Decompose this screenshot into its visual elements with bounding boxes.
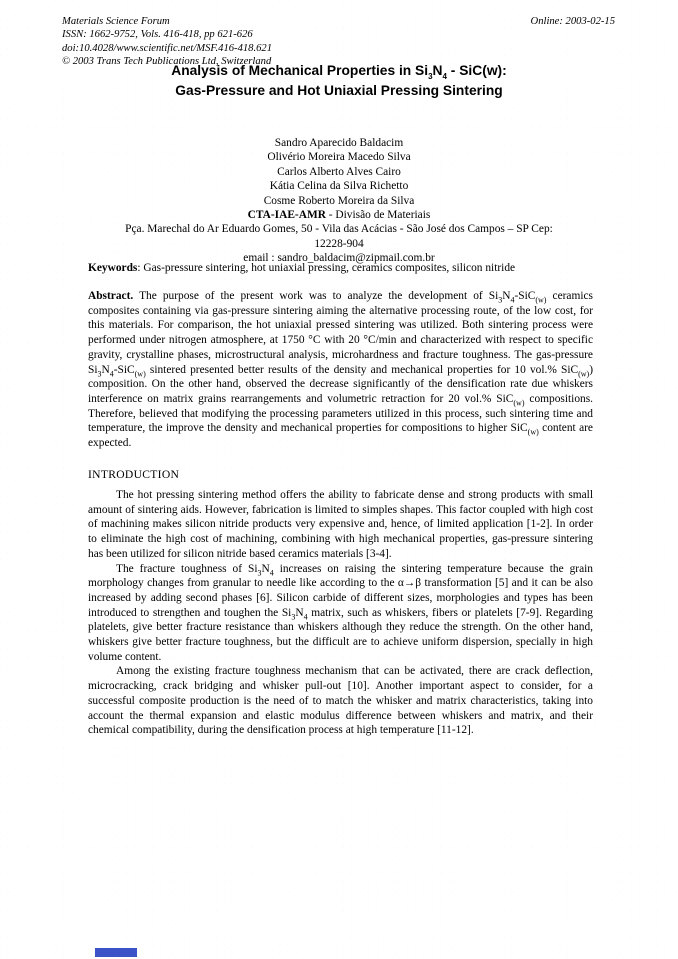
keywords-text: : Gas-pressure sintering, hot uniaxial p…	[137, 262, 515, 274]
affiliation-address-line1: Pça. Marechal do Ar Eduardo Gomes, 50 - …	[40, 222, 638, 236]
author-name: Olivério Moreira Macedo Silva	[40, 150, 638, 164]
paper-page: Materials Science Forum ISSN: 1662-9752,…	[0, 0, 678, 959]
abstract-text: The purpose of the present work was to a…	[88, 290, 593, 449]
affiliation-dept: - Divisão de Materiais	[326, 209, 430, 221]
author-name: Kátia Celina da Silva Richetto	[40, 179, 638, 193]
introduction-paragraph-3: Among the existing fracture toughness me…	[88, 664, 593, 738]
abstract-label: Abstract.	[88, 290, 133, 302]
keywords-label: Keywords	[88, 262, 137, 274]
author-name: Sandro Aparecido Baldacim	[40, 136, 638, 150]
introduction-paragraph-2: The fracture toughness of Si3N4 increase…	[88, 562, 593, 665]
affiliation-line: CTA-IAE-AMR - Divisão de Materiais	[40, 208, 638, 222]
author-block: Sandro Aparecido Baldacim Olivério Morei…	[40, 136, 638, 266]
introduction-body: The hot pressing sintering method offers…	[88, 488, 593, 738]
introduction-heading: INTRODUCTION	[88, 468, 179, 481]
keywords-line: Keywords: Gas-pressure sintering, hot un…	[88, 261, 593, 276]
footer-blue-mark	[95, 948, 137, 957]
author-name: Carlos Alberto Alves Cairo	[40, 165, 638, 179]
affiliation-org: CTA-IAE-AMR	[248, 209, 326, 221]
issn-line: ISSN: 1662-9752, Vols. 416-418, pp 621-6…	[62, 28, 615, 41]
abstract-paragraph: Abstract. The purpose of the present wor…	[88, 289, 593, 451]
paper-title: Analysis of Mechanical Properties in Si3…	[0, 61, 678, 101]
online-date: Online: 2003-02-15	[531, 15, 615, 28]
affiliation-address-line2: 12228-904	[40, 237, 638, 251]
introduction-paragraph-1: The hot pressing sintering method offers…	[88, 488, 593, 562]
paper-title-line2: Gas-Pressure and Hot Uniaxial Pressing S…	[0, 81, 678, 101]
doi-line: doi:10.4028/www.scientific.net/MSF.416-4…	[62, 42, 615, 55]
paper-title-line1: Analysis of Mechanical Properties in Si3…	[0, 61, 678, 81]
author-name: Cosme Roberto Moreira da Silva	[40, 194, 638, 208]
